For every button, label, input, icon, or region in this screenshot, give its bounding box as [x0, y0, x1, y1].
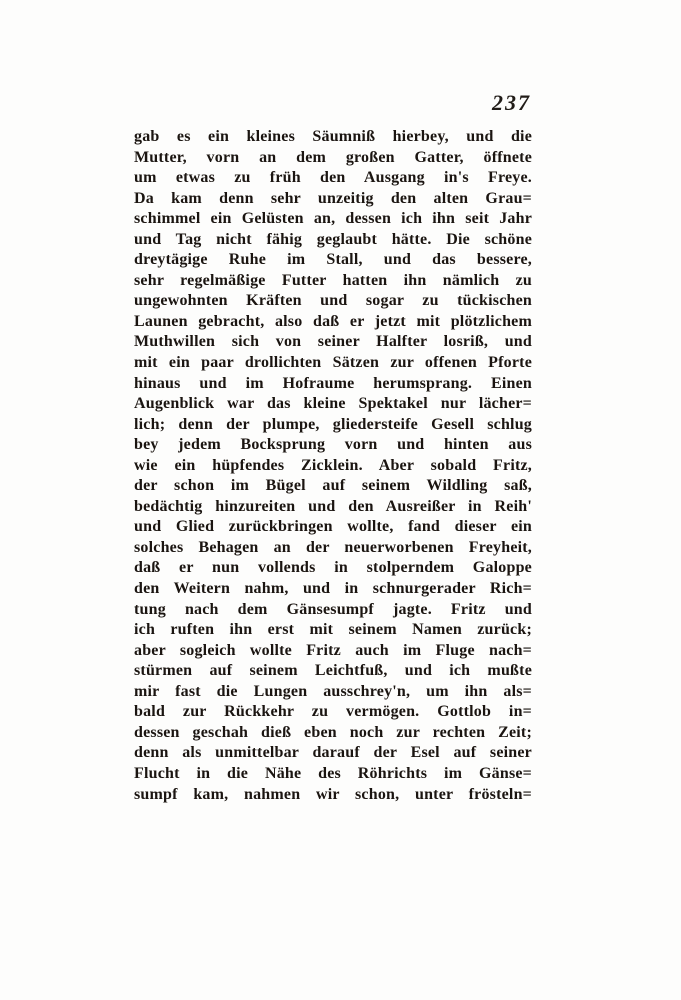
text-line: bedächtig hinzureiten und den Ausreißer … — [134, 497, 532, 518]
text-line: mit ein paar drollichten Sätzen zur offe… — [134, 353, 532, 374]
text-line: Mutter, vorn an dem großen Gatter, öffne… — [134, 148, 532, 169]
text-line: daß er nun vollends in stolperndem Galop… — [134, 558, 532, 579]
text-line: Flucht in die Nähe des Röhrichts im Gäns… — [134, 764, 532, 785]
text-line: Launen gebracht, also daß er jetzt mit p… — [134, 312, 532, 333]
text-line: aber sogleich wollte Fritz auch im Fluge… — [134, 641, 532, 662]
text-line: schimmel ein Gelüsten an, dessen ich ihn… — [134, 209, 532, 230]
text-line: wie ein hüpfendes Zicklein. Aber sobald … — [134, 456, 532, 477]
text-line: sumpf kam, nahmen wir schon, unter fröst… — [134, 785, 532, 806]
text-line: der schon im Bügel auf seinem Wildling s… — [134, 476, 532, 497]
text-line: sehr regelmäßige Futter hatten ihn nämli… — [134, 271, 532, 292]
text-line: bald zur Rückkehr zu vermögen. Gottlob i… — [134, 702, 532, 723]
text-line: solches Behagen an der neuerworbenen Fre… — [134, 538, 532, 559]
text-line: gab es ein kleines Säumniß hierbey, und … — [134, 127, 532, 148]
text-line: Da kam denn sehr unzeitig den alten Grau… — [134, 189, 532, 210]
text-line: bey jedem Bocksprung vorn und hinten aus — [134, 435, 532, 456]
text-line: stürmen auf seinem Leichtfuß, und ich mu… — [134, 661, 532, 682]
text-line: den Weitern nahm, und in schnurgerader R… — [134, 579, 532, 600]
text-line: und Tag nicht fähig geglaubt hätte. Die … — [134, 230, 532, 251]
text-line: dreytägige Ruhe im Stall, und das besser… — [134, 250, 532, 271]
text-line: lich; denn der plumpe, gliedersteife Ges… — [134, 415, 532, 436]
text-line: Muthwillen sich von seiner Halfter losri… — [134, 332, 532, 353]
text-line: denn als unmittelbar darauf der Esel auf… — [134, 743, 532, 764]
page-text: gab es ein kleines Säumniß hierbey, und … — [134, 127, 532, 805]
text-line: ungewohnten Kräften und sogar zu tückisc… — [134, 291, 532, 312]
text-line: dessen geschah dieß eben noch zur rechte… — [134, 723, 532, 744]
text-line: tung nach dem Gänsesumpf jagte. Fritz un… — [134, 600, 532, 621]
text-line: ich ruften ihn erst mit seinem Namen zur… — [134, 620, 532, 641]
text-line: mir fast die Lungen ausschrey'n, um ihn … — [134, 682, 532, 703]
book-page: 237 gab es ein kleines Säumniß hierbey, … — [0, 0, 681, 1000]
text-line: hinaus und im Hofraume herumsprang. Eine… — [134, 374, 532, 395]
text-line: um etwas zu früh den Ausgang in's Freye. — [134, 168, 532, 189]
text-line: und Glied zurückbringen wollte, fand die… — [134, 517, 532, 538]
text-line: Augenblick war das kleine Spektakel nur … — [134, 394, 532, 415]
page-number: 237 — [134, 90, 531, 116]
